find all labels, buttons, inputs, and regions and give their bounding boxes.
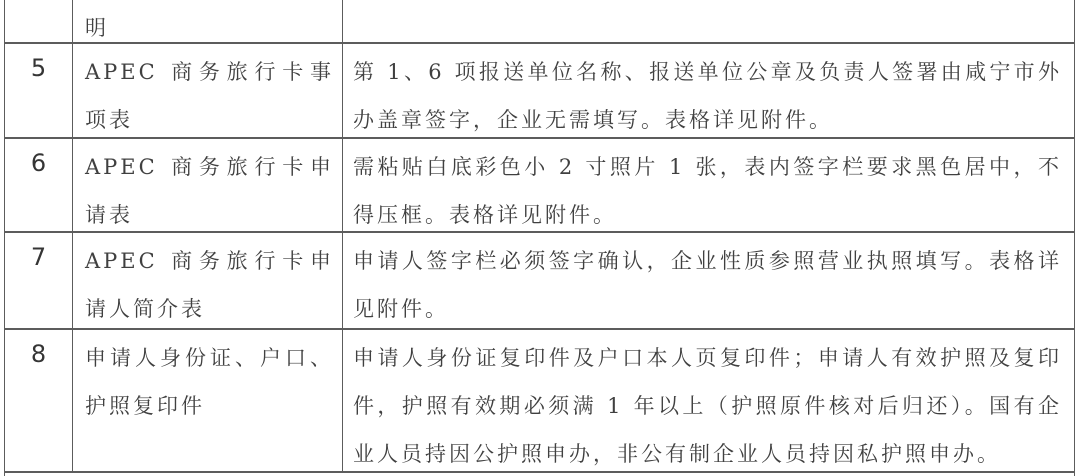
table-cell-number: 7 [5, 233, 73, 330]
materials-table: 明 5 APEC 商务旅行卡事项表 第 1、6 项报送单位名称、报送单位公章及负… [4, 0, 1075, 476]
table-cell-desc: 申请人签字栏必须签字确认，企业性质参照营业执照填写。表格详见附件。 [343, 233, 1074, 330]
table-cell-name: APEC 商务旅行卡申请人简介表 [73, 233, 343, 330]
table-cell-number: 5 [5, 44, 73, 139]
table-cell-desc: 申请人身份证复印件及户口本人页复印件；申请人有效护照及复印件，护照有效期必须满 … [343, 330, 1074, 473]
table-cell-name: APEC 商务旅行卡事项表 [73, 44, 343, 139]
table-cell-name: APEC 商务旅行卡申请表 [73, 139, 343, 233]
table-cell-desc: 第 1、6 项报送单位名称、报送单位公章及负责人签署由咸宁市外办盖章签字，企业无… [343, 44, 1074, 139]
table-cell-number [5, 0, 73, 44]
table-cell-desc: 需粘贴白底彩色小 2 寸照片 1 张，表内签字栏要求黑色居中，不得压框。表格详见… [343, 139, 1074, 233]
table-cell-number: 6 [5, 139, 73, 233]
document-page: 明 5 APEC 商务旅行卡事项表 第 1、6 项报送单位名称、报送单位公章及负… [0, 0, 1080, 476]
table-cell-name: 明 [73, 0, 343, 44]
table-cell-desc [343, 0, 1074, 44]
table-cell-number: 8 [5, 330, 73, 473]
table-cell-name: 申请人身份证、户口、护照复印件 [73, 330, 343, 473]
